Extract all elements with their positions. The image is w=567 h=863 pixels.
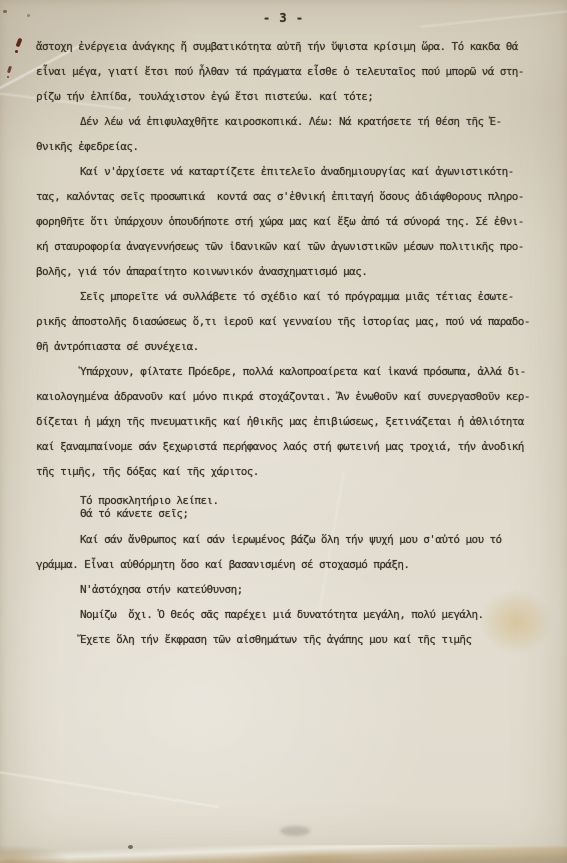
text-line: Ὑπάρχουν, φίλτατε Πρόεδρε, πολλά καλοπρο… [36, 359, 552, 384]
ink-mark [15, 50, 18, 53]
paragraph: Τό προσκλητήριο λείπει. Θά τό κάνετε σεῖ… [36, 494, 552, 520]
paragraph: Σεῖς μπορεῖτε νά συλλάβετε τό σχέδιο καί… [36, 284, 552, 359]
text-line: κή σταυροφορία ἀναγεννήσεως τῶν ἰδανικῶν… [36, 234, 552, 259]
text-line: Σεῖς μπορεῖτε νά συλλάβετε τό σχέδιο καί… [36, 284, 552, 309]
text-line: Νομίζω ὄχι. Ὁ Θεός σᾶς παρέχει μιά δυνατ… [36, 602, 552, 627]
text-line: φορηθῆτε ὅτι ὑπάρχουν ὁπουδήποτε στή χώρ… [36, 209, 552, 234]
fold-corner [0, 837, 90, 863]
page-number: - 3 - [0, 11, 567, 25]
ink-mark [7, 76, 9, 78]
paper-smudge [280, 826, 310, 836]
ink-mark [15, 38, 22, 48]
paragraph: Ὑπάρχουν, φίλτατε Πρόεδρε, πολλά καλοπρο… [36, 359, 552, 484]
text-line: θνικῆς ἐφεδρείας. [36, 134, 552, 159]
text-line: γράμμα. Εἶναι αὐθόρμητη ὅσο καί βασανισμ… [36, 552, 552, 577]
paper-crease [0, 770, 219, 808]
text-line: Καί σάν ἄνθρωπος καί σάν ἱερωμένος βάζω … [36, 527, 552, 552]
text-line: καί ξαναμπαίνομε σάν ξεχωριστά περήφανος… [36, 434, 552, 459]
paragraph: Ἔχετε ὅλη τήν ἔκφραση τῶν αἰσθημάτων τῆς… [36, 627, 552, 652]
text-line: Τό προσκλητήριο λείπει. [36, 494, 552, 507]
text-line: ρικῆς ἀποστολῆς διασώσεως ὅ,τι ἱεροῦ καί… [36, 309, 552, 334]
paragraph: Ν'ἀστόχησα στήν κατεύθυνση; [36, 577, 552, 602]
paragraph: Νομίζω ὄχι. Ὁ Θεός σᾶς παρέχει μιά δυνατ… [36, 602, 552, 627]
text-line: εἶναι μέγα, γιατί ἔτσι πού ἦλθαν τά πράγ… [36, 59, 552, 84]
letter-body: ἄστοχη ἐνέργεια ἀνάγκης ἤ συμβατικότητα … [36, 34, 552, 652]
text-line: Δέν λέω νά ἐπιφυλαχθῆτε καιροσκοπικά. Λέ… [36, 109, 552, 134]
text-line: ἄστοχη ἐνέργεια ἀνάγκης ἤ συμβατικότητα … [36, 34, 552, 59]
text-line: ρίζω τήν ἐλπίδα, τουλάχιστον ἐγώ ἔτσι πι… [36, 84, 552, 109]
paragraph: Καί σάν ἄνθρωπος καί σάν ἱερωμένος βάζω … [36, 527, 552, 577]
ink-mark [7, 66, 12, 74]
text-line: Θά τό κάνετε σεῖς; [36, 507, 552, 520]
paragraph: Δέν λέω νά ἐπιφυλαχθῆτε καιροσκοπικά. Λέ… [36, 109, 552, 159]
text-line: Ν'ἀστόχησα στήν κατεύθυνση; [36, 577, 552, 602]
text-line: τας, καλόντας σεῖς προσωπικά κοντά σας σ… [36, 184, 552, 209]
text-line: θῆ ἀντρόπιαστα σέ συνέχεια. [36, 334, 552, 359]
paragraph: ἄστοχη ἐνέργεια ἀνάγκης ἤ συμβατικότητα … [36, 34, 552, 109]
text-line: τῆς τιμῆς, τῆς δόξας καί τῆς χάριτος. [36, 459, 552, 484]
text-line: Ἔχετε ὅλη τήν ἔκφραση τῶν αἰσθημάτων τῆς… [36, 627, 552, 652]
document-page: - 3 - ἄστοχη ἐνέργεια ἀνάγκης ἤ συμβατικ… [0, 0, 567, 863]
text-line: δίζεται ἡ μάχη τῆς πνευματικῆς καί ἠθικῆ… [36, 409, 552, 434]
text-line: Καί ν'ἀρχίσετε νά καταρτίζετε ἐπιτελεῖο … [36, 159, 552, 184]
text-line: βολῆς, γιά τόν ἀπαραίτητο κοινωνικόν ἀνα… [36, 259, 552, 284]
paragraph: Καί ν'ἀρχίσετε νά καταρτίζετε ἐπιτελεῖο … [36, 159, 552, 284]
text-line: καιολογημένα ἀδρανοῦν καί μόνο πικρά στο… [36, 384, 552, 409]
